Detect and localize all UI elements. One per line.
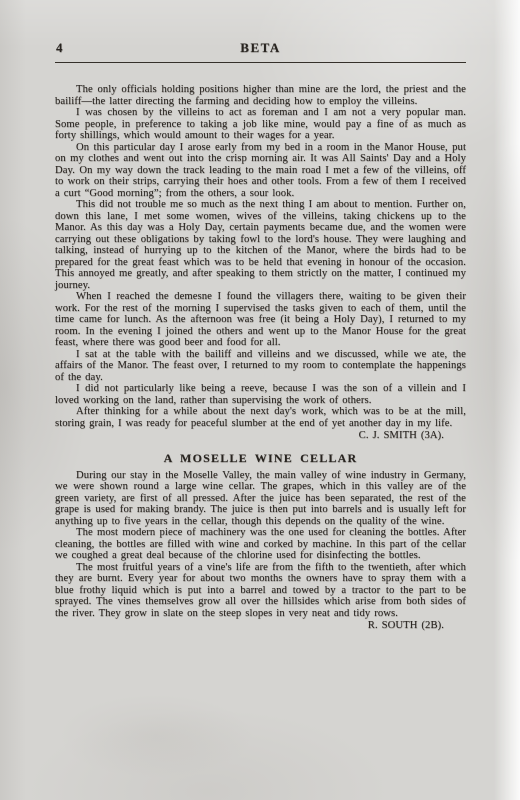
scanned-page: 4 BETA The only officials holding positi… <box>0 0 520 800</box>
article-paragraph: I sat at the table with the bailiff and … <box>55 349 466 384</box>
article-paragraph: The only officials holding positions hig… <box>55 84 466 107</box>
article-paragraph: During our stay in the Moselle Valley, t… <box>55 470 466 528</box>
article-wine-cellar: A MOSELLE WINE CELLAR During our stay in… <box>55 451 466 632</box>
article-heading: A MOSELLE WINE CELLAR <box>55 451 466 466</box>
journal-title: BETA <box>55 40 466 56</box>
article-paragraph: When I reached the demesne I found the v… <box>55 291 466 349</box>
author-signature: R. SOUTH (2B). <box>55 620 466 632</box>
article-paragraph: The most modern piece of machinery was t… <box>55 527 466 562</box>
header-rule <box>55 62 466 63</box>
article-paragraph: On this particular day I arose early fro… <box>55 142 466 200</box>
page-body: The only officials holding positions hig… <box>55 84 466 632</box>
author-signature: C. J. SMITH (3A). <box>55 430 466 442</box>
article-reeve: The only officials holding positions hig… <box>55 84 466 442</box>
article-paragraph: This did not trouble me so much as the n… <box>55 199 466 291</box>
article-paragraph: The most fruitful years of a vine's life… <box>55 562 466 620</box>
article-paragraph: After thinking for a while about the nex… <box>55 406 466 429</box>
article-paragraph: I was chosen by the villeins to act as f… <box>55 107 466 142</box>
article-paragraph: I did not particularly like being a reev… <box>55 383 466 406</box>
page-header: 4 BETA <box>55 40 466 58</box>
